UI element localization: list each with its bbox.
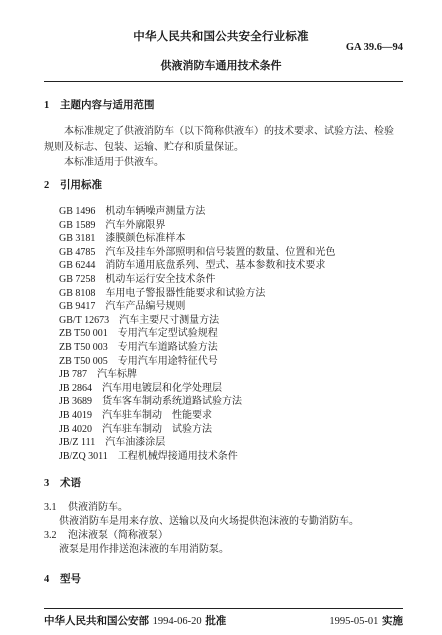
paragraph-line: 规则及标志、包装、运输、贮存和质量保证。 (44, 140, 406, 156)
section-title: 术语 (60, 477, 81, 489)
term-number: 3.2 (44, 529, 68, 543)
reference-code: JB/Z 111 (59, 436, 95, 450)
effective-date: 1995-05-01 (329, 616, 378, 627)
reference-item: GB/T 12673汽车主要尺寸测量方法 (59, 314, 335, 328)
reference-title: 汽车用电镀层和化学处理层 (102, 383, 222, 394)
reference-title: 汽车产品编号规则 (105, 301, 185, 312)
reference-title: 机动车辆噪声测量方法 (105, 206, 205, 217)
reference-item: JB 4020汽车驻车制动 试验方法 (59, 423, 335, 437)
term-name: 泡沫液泵（简称液泵） (68, 530, 168, 541)
reference-title: 汽车油漆涂层 (105, 437, 165, 448)
reference-title: 专用汽车定型试验规程 (118, 328, 218, 339)
section-title: 型号 (60, 573, 81, 585)
approval-date: 1994-06-20 (153, 616, 202, 627)
reference-title: 汽车标牌 (97, 369, 137, 380)
section-title: 主题内容与适用范围 (60, 99, 155, 111)
issuer-name: 中华人民共和国公安部 (44, 615, 149, 627)
term-name: 供液消防车。 (68, 502, 128, 513)
paragraph-line: 本标准规定了供液消防车（以下简称供液车）的技术要求、试验方法、检验 (44, 124, 406, 140)
reference-item: JB 4019汽车驻车制动 性能要求 (59, 409, 335, 423)
reference-code: GB 6244 (59, 259, 95, 273)
section-1-body: 本标准规定了供液消防车（以下简称供液车）的技术要求、试验方法、检验 规则及标志、… (44, 124, 406, 171)
reference-title: 专用汽车用途特征代号 (118, 356, 218, 367)
section-number: 4 (44, 574, 60, 585)
term-number: 3.1 (44, 501, 68, 515)
section-number: 3 (44, 478, 60, 489)
reference-code: JB 3689 (59, 395, 92, 409)
reference-title: 汽车驻车制动 试验方法 (102, 424, 212, 435)
section-2-heading: 2引用标准 (44, 177, 102, 192)
reference-title: 汽车主要尺寸测量方法 (119, 315, 219, 326)
section-3-heading: 3术语 (44, 475, 81, 490)
reference-item: GB 1589汽车外廓限界 (59, 219, 335, 233)
reference-item: GB 4785汽车及挂车外部照明和信号装置的数量、位置和光色 (59, 246, 335, 260)
reference-item: JB/Z 111汽车油漆涂层 (59, 436, 335, 450)
approval-label: 批准 (205, 615, 226, 627)
reference-code: GB 4785 (59, 246, 95, 260)
reference-title: 汽车及挂车外部照明和信号装置的数量、位置和光色 (105, 247, 335, 258)
reference-code: ZB T50 001 (59, 327, 108, 341)
reference-code: JB 4019 (59, 409, 92, 423)
reference-code: GB 7258 (59, 273, 95, 287)
term-definition: 液泵是用作排送泡沫液的车用消防泵。 (44, 544, 229, 555)
reference-title: 汽车驻车制动 性能要求 (102, 410, 212, 421)
section-title: 引用标准 (60, 179, 102, 191)
term-definition: 供液消防车是用来存放、送输以及向火场提供泡沫液的专勤消防车。 (44, 516, 359, 527)
section-number: 2 (44, 180, 60, 191)
reference-title: 车用电子警报器性能要求和试验方法 (105, 288, 265, 299)
reference-code: GB 8108 (59, 287, 95, 301)
term-3-2: 3.2泡沫液泵（简称液泵） (44, 529, 168, 543)
reference-item: GB 7258机动车运行安全技术条件 (59, 273, 335, 287)
reference-item: GB 9417汽车产品编号规则 (59, 300, 335, 314)
section-number: 1 (44, 100, 60, 111)
reference-code: JB/ZQ 3011 (59, 450, 108, 464)
reference-item: JB 787汽车标牌 (59, 368, 335, 382)
header-rule (44, 81, 403, 82)
section-1-heading: 1主题内容与适用范围 (44, 97, 155, 112)
term-3-1: 3.1供液消防车。 (44, 501, 128, 515)
reference-item: ZB T50 001专用汽车定型试验规程 (59, 327, 335, 341)
reference-item: JB 3689货车客车制动系统道路试验方法 (59, 395, 335, 409)
reference-title: 漆膜颜色标准样本 (105, 233, 185, 244)
reference-code: JB 787 (59, 368, 87, 382)
reference-code: GB/T 12673 (59, 314, 109, 328)
reference-code: GB 1589 (59, 219, 95, 233)
reference-code: GB 9417 (59, 300, 95, 314)
term-3-1-definition: 供液消防车是用来存放、送输以及向火场提供泡沫液的专勤消防车。 (44, 515, 359, 529)
reference-item: GB 8108车用电子警报器性能要求和试验方法 (59, 287, 335, 301)
effective-info: 1995-05-01 实施 (329, 613, 403, 628)
reference-title: 机动车运行安全技术条件 (105, 274, 215, 285)
reference-code: JB 4020 (59, 423, 92, 437)
reference-item: ZB T50 003专用汽车道路试验方法 (59, 341, 335, 355)
reference-item: ZB T50 005专用汽车用途特征代号 (59, 355, 335, 369)
reference-item: GB 1496机动车辆噪声测量方法 (59, 205, 335, 219)
standard-code: GA 39.6—94 (346, 42, 403, 53)
footer-rule (44, 608, 403, 609)
reference-title: 专用汽车道路试验方法 (118, 342, 218, 353)
reference-title: 货车客车制动系统道路试验方法 (102, 396, 242, 407)
document-title: 供液消防车通用技术条件 (0, 57, 442, 73)
reference-code: ZB T50 003 (59, 341, 108, 355)
reference-code: JB 2864 (59, 382, 92, 396)
reference-code: ZB T50 005 (59, 355, 108, 369)
effective-label: 实施 (382, 615, 403, 627)
reference-title: 消防车通用底盘系列、型式、基本参数和技术要求 (105, 260, 325, 271)
approval-info: 中华人民共和国公安部 1994-06-20 批准 (44, 613, 226, 628)
reference-item: JB 2864汽车用电镀层和化学处理层 (59, 382, 335, 396)
reference-item: GB 3181漆膜颜色标准样本 (59, 232, 335, 246)
reference-code: GB 1496 (59, 205, 95, 219)
reference-title: 汽车外廓限界 (105, 220, 165, 231)
reference-item: GB 6244消防车通用底盘系列、型式、基本参数和技术要求 (59, 259, 335, 273)
section-4-heading: 4型号 (44, 571, 81, 586)
paragraph-line: 本标准适用于供液车。 (44, 155, 406, 171)
reference-code: GB 3181 (59, 232, 95, 246)
reference-list: GB 1496机动车辆噪声测量方法 GB 1589汽车外廓限界 GB 3181漆… (59, 205, 335, 463)
reference-item: JB/ZQ 3011工程机械焊接通用技术条件 (59, 450, 335, 464)
term-3-2-definition: 液泵是用作排送泡沫液的车用消防泵。 (44, 543, 229, 557)
reference-title: 工程机械焊接通用技术条件 (118, 451, 238, 462)
